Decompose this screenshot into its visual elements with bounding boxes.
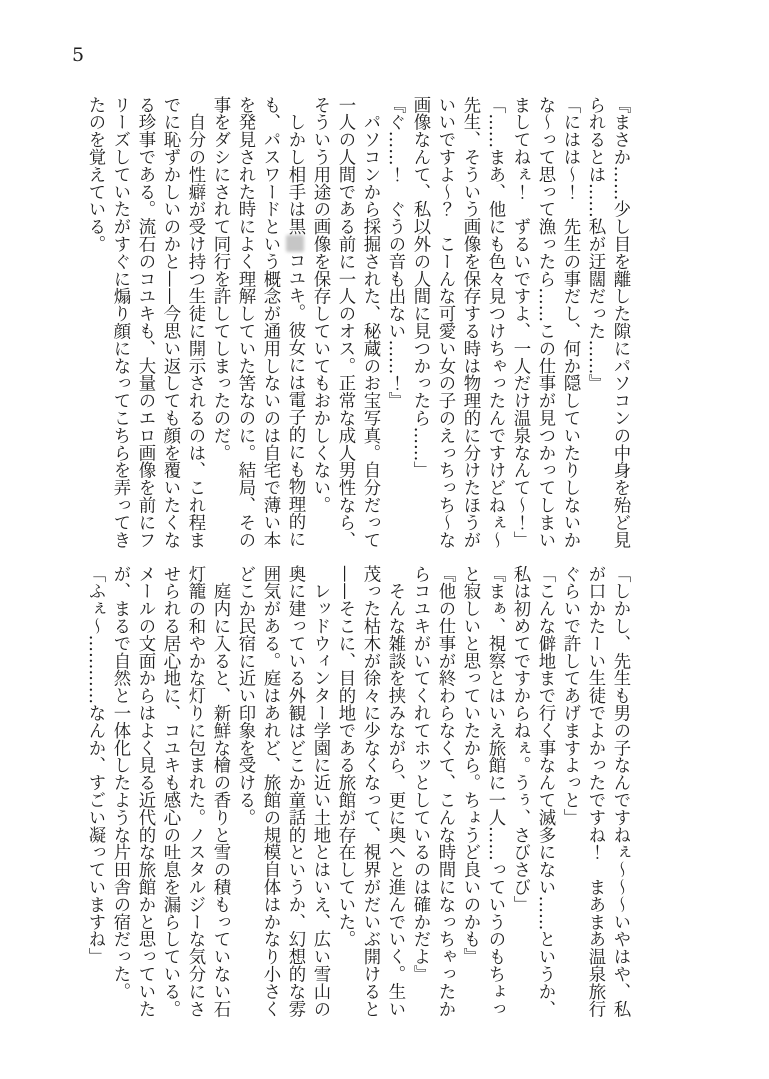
bottom-text-block: 「しかし、先生も男の子なんですねぇ〜〜〜いやはや、私が口かたーい生徒でよかったで…: [82, 565, 632, 1019]
novel-page: 5 『まさか……少し目を離した隙にパソコンの中身を殆ど見られるとは……私が迂闊だ…: [0, 0, 769, 1079]
paragraph: パソコンから採掘された、秘蔵のお宝写真。自分だって一人の人間である前に一人のオス…: [307, 96, 382, 550]
paragraph: 『ぐ……！ ぐうの音も出ない……！』: [382, 96, 407, 550]
paragraph: 「……まあ、他にも色々見つけちゃったんですけどねぇ〜先生、そういう画像を保存する…: [407, 96, 507, 550]
paragraph: 『他の仕事が終わらなくて、こんな時間になっちゃったからコユキがいてくれてホッとし…: [407, 565, 457, 1019]
top-text-block: 『まさか……少し目を離した隙にパソコンの中身を殆ど見られるとは……私が迂闊だった…: [82, 96, 632, 550]
paragraph: 『まさか……少し目を離した隙にパソコンの中身を殆ど見られるとは……私が迂闊だった…: [582, 96, 632, 550]
censored-character: [286, 235, 303, 252]
paragraph: 「こんな僻地まで行く事なんて滅多にない……というか、私は初めてですからねぇ。うぅ…: [507, 565, 557, 1019]
paragraph: そんな雑談を挟みながら、更に奥へと進んでいく。生い茂った枯木が徐々に少なくなって…: [332, 565, 407, 1019]
page-number: 5: [72, 44, 85, 66]
paragraph: 自分の性癖が受け持つ生徒に開示されるのは、これ程までに恥ずかしいのかと——今思い…: [82, 96, 207, 550]
paragraph: 庭内に入ると、新鮮な檜の香りと雪の積もっていない石灯籠の和やかな灯りに包まれた。…: [107, 565, 232, 1019]
paragraph: レッドウィンター学園に近い土地とはいえ、広い雪山の奥に建っている外観はどこか童話…: [232, 565, 332, 1019]
paragraph-with-censor: しかし相手は黒コユキ。彼女には電子的にも物理的にも、パスワードという概念が通用し…: [207, 96, 307, 550]
paragraph: 「しかし、先生も男の子なんですねぇ〜〜〜いやはや、私が口かたーい生徒でよかったで…: [557, 565, 632, 1019]
paragraph: 「ふぇ〜…………なんか、すごい凝っていますね」: [82, 565, 107, 1019]
paragraph: 『まぁ、視察とはいえ旅館に一人……っていうのもちょっと寂しいと思っていたから。ち…: [457, 565, 507, 1019]
paragraph: 「にはは〜！ 先生の事だし、何か隠していたりしないかな〜って思って漁ったら……こ…: [507, 96, 582, 550]
paragraph-text: しかし相手は黒: [285, 96, 305, 235]
